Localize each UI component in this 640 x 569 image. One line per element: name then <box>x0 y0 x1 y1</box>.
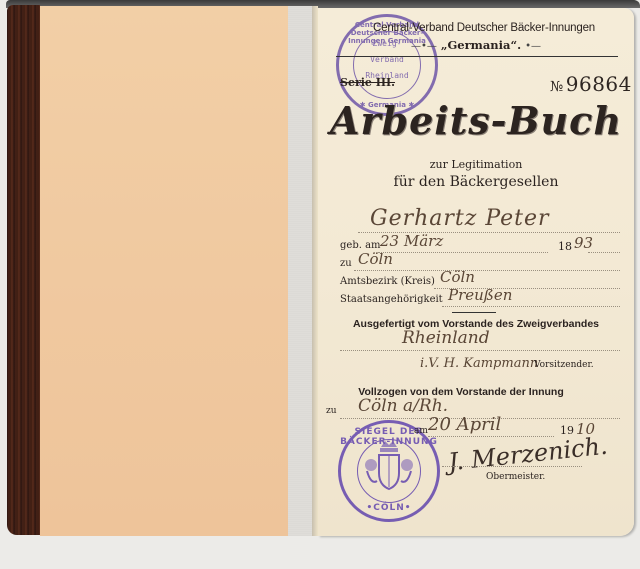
number-value: 96864 <box>566 72 632 96</box>
issued-signer-role: Vorsitzender. <box>534 360 594 370</box>
ornament-left: —•— <box>411 41 437 52</box>
issued-branch-value: Rheinland <box>402 328 490 348</box>
serie-label: Serie III. <box>340 76 395 89</box>
holder-name: Gerhartz Peter <box>370 206 550 231</box>
born-year-prefix: 18 <box>558 240 572 253</box>
executed-date-line <box>428 436 554 437</box>
year-line <box>588 252 620 253</box>
subtitle-legitimation: zur Legitimation <box>318 158 634 171</box>
executed-place-label: zu <box>326 406 337 416</box>
issued-branch-line <box>340 350 620 351</box>
header-germania: —•— „Germania“. •— <box>318 38 634 52</box>
issued-signer: i.V. H. Kampmann <box>420 356 538 371</box>
executed-date-value: 20 April <box>428 414 501 435</box>
obermeister-role: Obermeister. <box>486 472 545 482</box>
section-divider <box>452 312 496 313</box>
born-year-value: 93 <box>574 234 593 252</box>
germania-text: „Germania“. <box>441 38 521 52</box>
born-line <box>378 252 548 253</box>
header-rule <box>336 56 618 57</box>
born-value: 23 März <box>380 232 443 250</box>
executed-place-value: Cöln a/Rh. <box>358 396 448 416</box>
left-page-blank <box>40 6 288 536</box>
obermeister-signature: J. Merzenich. <box>447 432 609 477</box>
header-association: Central-Verband Deutscher Bäcker-Innunge… <box>334 22 634 34</box>
place-line <box>354 270 620 271</box>
nationality-label: Staatsangehörigkeit <box>340 294 443 305</box>
document-number: №96864 <box>550 72 632 96</box>
right-page: Central-Verband Deutscher Bäcker-Innunge… <box>318 8 634 536</box>
place-label: zu <box>340 258 352 269</box>
ornament-right: •— <box>525 41 541 52</box>
document-title: Arbeits-Buch <box>318 98 634 143</box>
place-value: Cöln <box>358 250 393 268</box>
nationality-line <box>442 306 620 307</box>
subtitle-baker: für den Bäckergesellen <box>318 174 634 190</box>
book-cover-spine <box>7 5 40 535</box>
number-sign: № <box>550 79 564 95</box>
seal-bottom-text: •CÖLN• <box>338 503 440 513</box>
executed-date-label: am <box>414 426 428 436</box>
binding-tape <box>288 6 313 536</box>
coat-of-arms-icon <box>365 441 413 499</box>
nationality-value: Preußen <box>448 286 512 304</box>
signature-line <box>442 466 582 467</box>
district-value: Cöln <box>440 268 475 286</box>
district-label: Amtsbezirk (Kreis) <box>340 276 435 287</box>
